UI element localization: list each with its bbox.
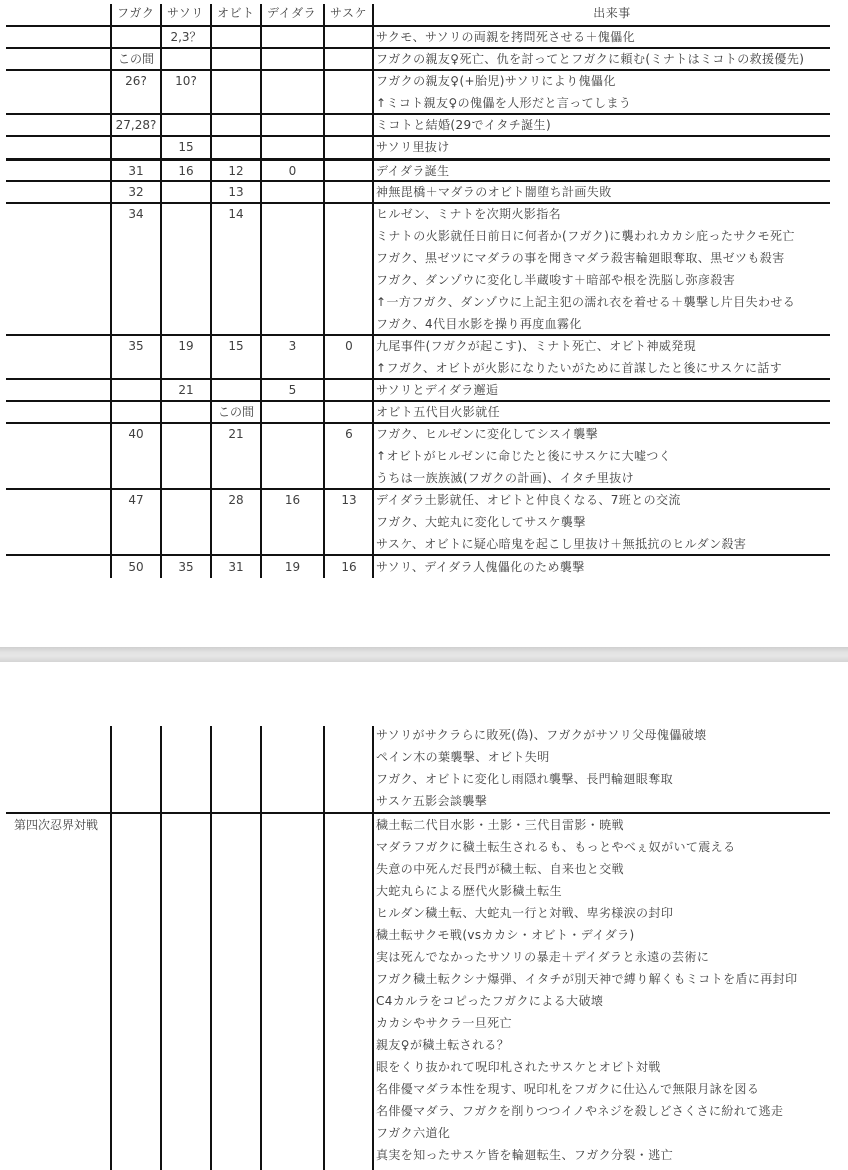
age-obito: [211, 26, 261, 48]
table-row: サソリがサクラらに敗死(偽)、フガクがサソリ父母傀儡破壊 ペイン木の葉襲撃、オビ…: [0, 724, 848, 812]
event-cell: サソリがサクラらに敗死(偽)、フガクがサソリ父母傀儡破壊 ペイン木の葉襲撃、オビ…: [374, 724, 848, 812]
age-obito: 28: [211, 489, 261, 555]
event-line: ペイン木の葉襲撃、オビト失明: [376, 746, 848, 768]
table-row: 27,28? ミコトと結婚(29でイタチ誕生): [0, 114, 848, 136]
age-deidara: 0: [261, 160, 324, 182]
event-line: うちは一族族滅(フガクの計画)、イタチ里抜け: [376, 467, 848, 489]
event-line: マダラフガクに穢土転生されるも、もっとやべぇ奴がいて震える: [376, 836, 848, 858]
event-line: フガク穢土転クシナ爆弾、イタチが別天神で縛り解くもミコトを盾に再封印: [376, 968, 848, 990]
col-header-obito: オビト: [213, 0, 261, 26]
age-deidara: [261, 136, 324, 158]
age-sasuke: [324, 70, 374, 114]
event-cell: 九尾事件(フガクが起こす)、ミナト死亡、オビト神威発現 ↑フガク、オビトが火影に…: [374, 335, 848, 379]
event-line: 眼をくり抜かれて呪印札されたサスケとオビト対戦: [376, 1056, 848, 1078]
age-sasori: 2,3？: [161, 26, 211, 48]
age-sasori: [161, 423, 211, 489]
age-fugaku: 34: [111, 203, 161, 335]
event-cell: サクモ、サソリの両親を拷問死させる＋傀儡化: [374, 26, 848, 48]
event-line: 親友♀が穢土転される？: [376, 1034, 848, 1056]
age-deidara: 16: [261, 489, 324, 555]
event-cell: ヒルゼン、ミナトを次期火影指名 ミナトの火影就任日前日に何者か(フガク)に襲われ…: [374, 203, 848, 335]
table-row: 50 35 31 19 16 サソリ、デイダラ人傀儡化のため襲撃: [0, 556, 848, 578]
age-obito: [211, 379, 261, 401]
age-obito: 31: [211, 556, 261, 578]
event-line: サソリがサクラらに敗死(偽)、フガクがサソリ父母傀儡破壊: [376, 724, 848, 746]
table-row: 21 5 サソリとデイダラ邂逅: [0, 379, 848, 401]
age-sasori: [161, 114, 211, 136]
age-sasori: [161, 203, 211, 335]
age-obito: 14: [211, 203, 261, 335]
age-fugaku: 47: [111, 489, 161, 555]
table-row: 40 21 6 フガク、ヒルゼンに変化してシスイ襲撃 ↑オビトがヒルゼンに命じた…: [0, 423, 848, 489]
event-line: フガク、黒ゼツにマダラの事を聞きマダラ殺害輪廻眼奪取、黒ゼツも殺害: [376, 247, 848, 269]
age-obito: 15: [211, 335, 261, 379]
age-obito: [211, 48, 261, 70]
age-obito: [211, 136, 261, 158]
age-sasuke: [324, 379, 374, 401]
age-sasori: 16: [161, 160, 211, 182]
age-fugaku: 35: [111, 335, 161, 379]
col-header-sasuke: サスケ: [326, 0, 374, 26]
table-row: 31 16 12 0 デイダラ誕生: [0, 160, 848, 182]
age-sasuke: [324, 114, 374, 136]
age-fugaku: 40: [111, 423, 161, 489]
event-line: 名俳優マダラ本性を現す、呪印札をフガクに仕込んで無限月詠を図る: [376, 1078, 848, 1100]
event-line: 神無毘橋＋マダラのオビト闇堕ち計画失敗: [376, 181, 848, 203]
event-line: ヒルダン穢土転、大蛇丸一行と対戦、卑劣様涙の封印: [376, 902, 848, 924]
age-fugaku: 27,28?: [111, 114, 161, 136]
event-line: ↑オビトがヒルゼンに命じたと後にサスケに大嘘つく: [376, 445, 848, 467]
event-line: フガク、ダンゾウに変化し半蔵唆す＋暗部や根を洗脳し弥彦殺害: [376, 269, 848, 291]
event-line: ↑フガク、オビトが火影になりたいがために首謀したと後にサスケに話す: [376, 357, 848, 379]
table-row: この間 フガクの親友♀死亡、仇を討ってとフガクに頼む(ミナトはミコトの救援優先): [0, 48, 848, 70]
age-obito: 13: [211, 181, 261, 203]
header-row: フガク サソリ オビト デイダラ サスケ 出来事: [0, 0, 848, 26]
age-obito: [211, 70, 261, 114]
age-obito: 12: [211, 160, 261, 182]
age-sasori: [161, 181, 211, 203]
age-sasuke: [324, 136, 374, 158]
event-line: フガク、オビトに変化し雨隠れ襲撃、長門輪廻眼奪取: [376, 768, 848, 790]
event-line: 実は死んでなかったサソリの暴走＋デイダラと永遠の芸術に: [376, 946, 848, 968]
age-fugaku: 50: [111, 556, 161, 578]
age-deidara: 19: [261, 556, 324, 578]
age-sasuke: [324, 203, 374, 335]
age-sasuke: 13: [324, 489, 374, 555]
age-sasori: 35: [161, 556, 211, 578]
age-deidara: [261, 401, 324, 423]
age-sasuke: 16: [324, 556, 374, 578]
event-cell: フガクの親友♀死亡、仇を討ってとフガクに頼む(ミナトはミコトの救援優先): [374, 48, 848, 70]
event-cell: サソリとデイダラ邂逅: [374, 379, 848, 401]
page-separator: [0, 647, 848, 662]
age-sasuke: [324, 401, 374, 423]
event-cell: 神無毘橋＋マダラのオビト闇堕ち計画失敗: [374, 181, 848, 203]
event-line: フガク六道化: [376, 1122, 848, 1144]
event-line: サクモ、サソリの両親を拷問死させる＋傀儡化: [376, 26, 848, 48]
event-line: ミナトの火影就任日前日に何者か(フガク)に襲われカカシ庇ったサクモ死亡: [376, 225, 848, 247]
event-line: ↑ミコト親友♀の傀儡を人形だと言ってしまう: [376, 92, 848, 114]
event-cell: フガクの親友♀(+胎児)サソリにより傀儡化 ↑ミコト親友♀の傀儡を人形だと言って…: [374, 70, 848, 114]
age-sasori: 21: [161, 379, 211, 401]
age-sasuke: 6: [324, 423, 374, 489]
event-cell: デイダラ土影就任、オビトと仲良くなる、7班との交流 フガク、大蛇丸に変化してサス…: [374, 489, 848, 555]
event-line: 真実を知ったサスケ皆を輪廻転生、フガク分裂・逃亡: [376, 1144, 848, 1166]
table-row: 2,3？ サクモ、サソリの両親を拷問死させる＋傀儡化: [0, 26, 848, 48]
table-row: 35 19 15 3 0 九尾事件(フガクが起こす)、ミナト死亡、オビト神威発現…: [0, 335, 848, 379]
event-line: サソリとデイダラ邂逅: [376, 379, 848, 401]
event-cell: サソリ、デイダラ人傀儡化のため襲撃: [374, 556, 848, 578]
table-row: 47 28 16 13 デイダラ土影就任、オビトと仲良くなる、7班との交流 フガ…: [0, 489, 848, 555]
age-fugaku: 31: [111, 160, 161, 182]
age-fugaku: [111, 26, 161, 48]
age-obito: [211, 114, 261, 136]
age-deidara: 5: [261, 379, 324, 401]
event-cell: オビト五代目火影就任: [374, 401, 848, 423]
event-line: サソリ、デイダラ人傀儡化のため襲撃: [376, 556, 848, 578]
event-cell: ミコトと結婚(29でイタチ誕生): [374, 114, 848, 136]
event-line: フガクの親友♀死亡、仇を討ってとフガクに頼む(ミナトはミコトの救援優先): [376, 48, 848, 70]
age-sasori: 19: [161, 335, 211, 379]
age-deidara: [261, 423, 324, 489]
col-header-deidara: デイダラ: [263, 0, 324, 26]
event-line: サスケ、オビトに疑心暗鬼を起こし里抜け＋無抵抗のヒルダン殺害: [376, 533, 848, 555]
age-fugaku: [111, 136, 161, 158]
event-line: ヒルゼン、ミナトを次期火影指名: [376, 203, 848, 225]
table-row: 第四次忍界対戦 穢土転二代目水影・土影・三代目雷影・暁戦 マダラフガクに穢土転生…: [0, 814, 848, 1170]
event-line: サソリ里抜け: [376, 136, 848, 158]
age-deidara: [261, 114, 324, 136]
age-sasuke: [324, 48, 374, 70]
event-cell: 穢土転二代目水影・土影・三代目雷影・暁戦 マダラフガクに穢土転生されるも、もっと…: [374, 814, 848, 1170]
age-fugaku: 32: [111, 181, 161, 203]
event-line: フガク、ヒルゼンに変化してシスイ襲撃: [376, 423, 848, 445]
event-line: フガクの親友♀(+胎児)サソリにより傀儡化: [376, 70, 848, 92]
age-sasori: 10?: [161, 70, 211, 114]
event-line: フガク、4代目水影を操り再度血霧化: [376, 313, 848, 335]
col-header-fugaku: フガク: [113, 0, 161, 26]
table-row: 34 14 ヒルゼン、ミナトを次期火影指名 ミナトの火影就任日前日に何者か(フガ…: [0, 203, 848, 335]
event-cell: フガク、ヒルゼンに変化してシスイ襲撃 ↑オビトがヒルゼンに命じたと後にサスケに大…: [374, 423, 848, 489]
age-deidara: 3: [261, 335, 324, 379]
age-sasuke: [324, 160, 374, 182]
event-line: 名俳優マダラ、フガクを削りつつイノやネジを殺しどさくさに紛れて逃走: [376, 1100, 848, 1122]
age-obito: 21: [211, 423, 261, 489]
age-sasuke: [324, 26, 374, 48]
age-deidara: [261, 26, 324, 48]
event-line: C4カルラをコピったフガクによる大破壊: [376, 990, 848, 1012]
age-fugaku: [111, 379, 161, 401]
event-line: フガク、大蛇丸に変化してサスケ襲撃: [376, 511, 848, 533]
event-cell: サソリ里抜け: [374, 136, 848, 158]
event-line: 穢土転サクモ戦(vsカカシ・オビト・デイダラ): [376, 924, 848, 946]
event-line: デイダラ誕生: [376, 160, 848, 182]
table-row: 26? 10? フガクの親友♀(+胎児)サソリにより傀儡化 ↑ミコト親友♀の傀儡…: [0, 70, 848, 114]
event-line: サスケ五影会談襲撃: [376, 790, 848, 812]
age-sasuke: 0: [324, 335, 374, 379]
age-deidara: [261, 48, 324, 70]
event-line: 九尾事件(フガクが起こす)、ミナト死亡、オビト神威発現: [376, 335, 848, 357]
sheet-page-1: フガク サソリ オビト デイダラ サスケ 出来事 2,3？ サクモ、サソリの両親…: [0, 0, 848, 580]
table-row: 32 13 神無毘橋＋マダラのオビト闇堕ち計画失敗: [0, 181, 848, 203]
event-cell: デイダラ誕生: [374, 160, 848, 182]
event-line: カカシやサクラ一旦死亡: [376, 1012, 848, 1034]
event-line: 大蛇丸らによる歴代火影穢土転生: [376, 880, 848, 902]
age-sasori: 15: [161, 136, 211, 158]
age-sasuke: [324, 181, 374, 203]
era-label: [0, 724, 111, 812]
event-line: ↑一方フガク、ダンゾウに上記主犯の濡れ衣を着せる＋襲撃し片目失わせる: [376, 291, 848, 313]
event-line: 失意の中死んだ長門が穢土転、自来也と交戦: [376, 858, 848, 880]
age-obito: この間: [211, 401, 261, 423]
table-row: この間 オビト五代目火影就任: [0, 401, 848, 423]
age-deidara: [261, 70, 324, 114]
age-sasori: [161, 401, 211, 423]
age-sasori: [161, 48, 211, 70]
table-row: 15 サソリ里抜け: [0, 136, 848, 158]
event-line: オビト五代目火影就任: [376, 401, 848, 423]
age-fugaku: [111, 401, 161, 423]
era-label-fourth-great-ninja-war: 第四次忍界対戦: [0, 814, 111, 1170]
sheet-page-2: サソリがサクラらに敗死(偽)、フガクがサソリ父母傀儡破壊 ペイン木の葉襲撃、オビ…: [0, 724, 848, 1170]
age-fugaku: 26?: [111, 70, 161, 114]
age-fugaku: この間: [111, 48, 161, 70]
event-line: 穢土転二代目水影・土影・三代目雷影・暁戦: [376, 814, 848, 836]
event-line: ミコトと結婚(29でイタチ誕生): [376, 114, 848, 136]
age-deidara: [261, 181, 324, 203]
col-header-sasori: サソリ: [163, 0, 211, 26]
age-sasori: [161, 489, 211, 555]
age-deidara: [261, 203, 324, 335]
col-header-events: 出来事: [376, 0, 848, 26]
event-line: デイダラ土影就任、オビトと仲良くなる、7班との交流: [376, 489, 848, 511]
